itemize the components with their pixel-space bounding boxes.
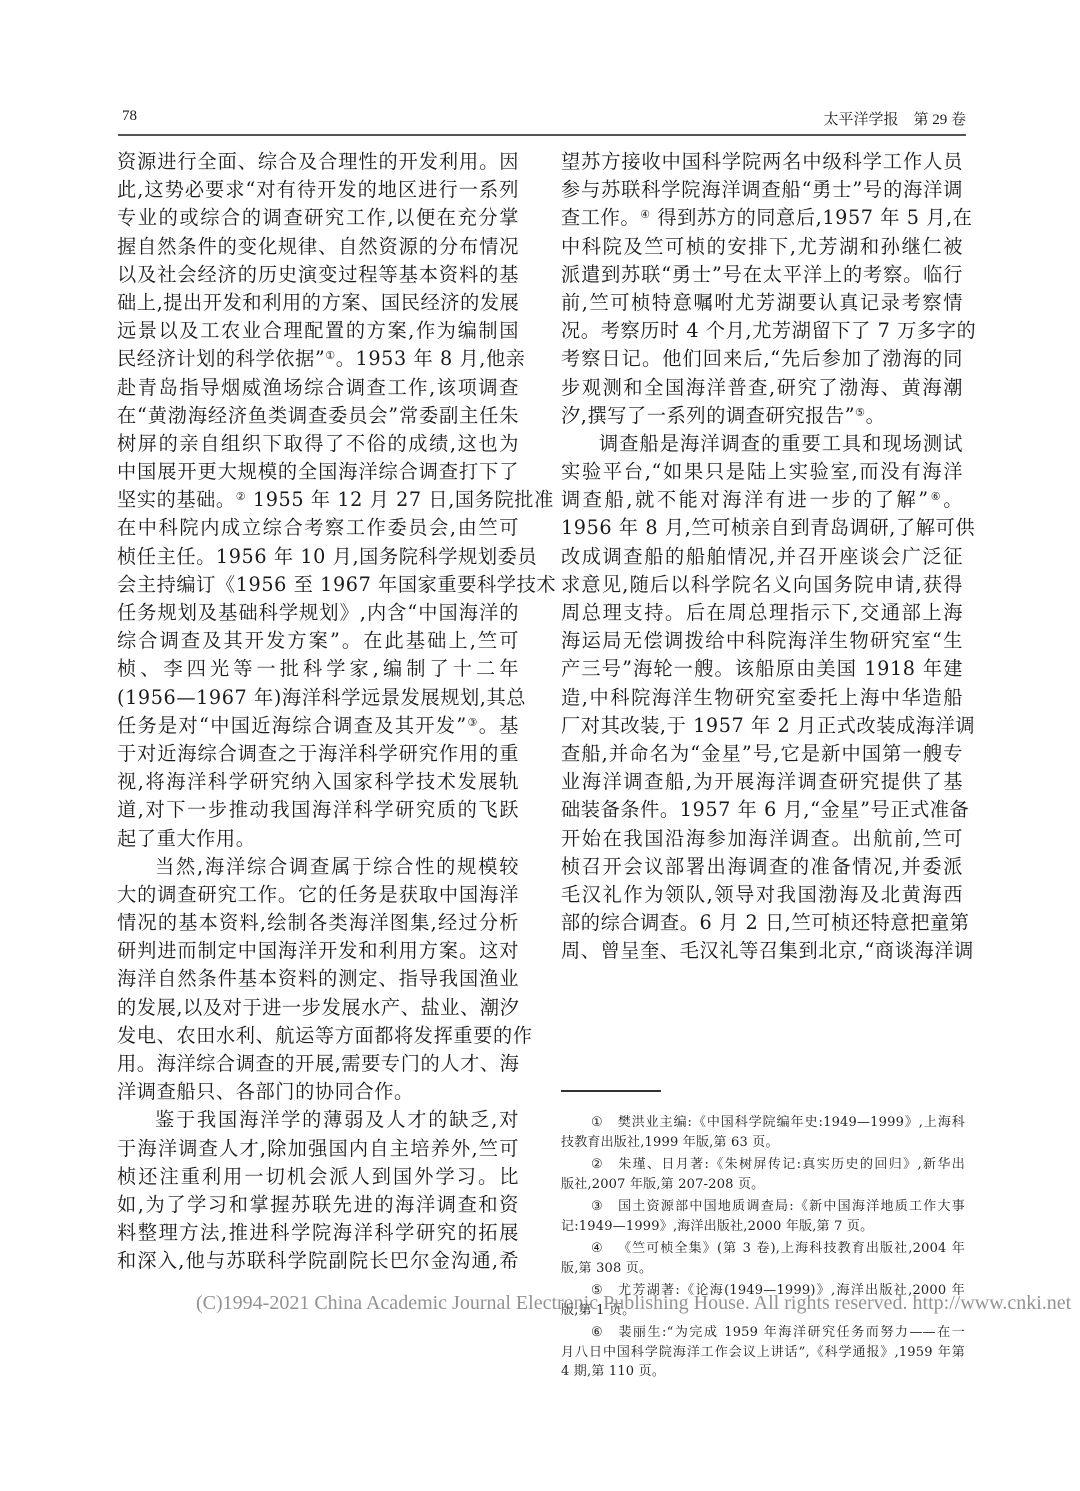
body-line: 和深入,他与苏联科学院副院长巴尔金沟通,希	[117, 1247, 519, 1275]
body-line: 民经济计划的科学依据”①。1953 年 8 月,他亲	[117, 345, 519, 373]
body-line: 海运局无偿调拨给中科院海洋生物研究室“生	[561, 627, 963, 655]
body-line: 况。考察历时 4 个月,尤芳湖留下了 7 万多字的	[561, 317, 963, 345]
body-line: 部的综合调查。6 月 2 日,竺可桢还特意把童第	[561, 909, 963, 937]
footnote-1: ①樊洪业主编:《中国科学院编年史:1949—1999》,上海科 技教育出版社,1…	[561, 1113, 965, 1152]
body-line: 于海洋调查人才,除加强国内自主培养外,竺可	[117, 1135, 519, 1163]
body-line: 毛汉礼作为领队,领导对我国渤海及北黄海西	[561, 881, 963, 909]
body-line: 产三号”海轮一艘。该船原由美国 1918 年建	[561, 655, 963, 683]
body-line: 在中科院内成立综合考察工作委员会,由竺可	[117, 514, 519, 542]
body-line: 中国展开更大规模的全国海洋综合调查打下了	[117, 458, 519, 486]
body-line: 树屏的亲自组织下取得了不俗的成绩,这也为	[117, 430, 519, 458]
footnote-ref[interactable]: ②	[236, 490, 246, 503]
body-line: 实验平台,“如果只是陆上实验室,而没有海洋	[561, 458, 963, 486]
body-line: 桢任主任。1956 年 10 月,国务院科学规划委员	[117, 543, 519, 571]
body-line: 汐,撰写了一系列的调查研究报告”⑤。	[561, 402, 963, 430]
body-line: 派遣到苏联“勇士”号在太平洋上的考察。临行	[561, 261, 963, 289]
footnote-ref[interactable]: ①	[325, 349, 335, 362]
body-line: 调查船,就不能对海洋有进一步的了解”⑥。	[561, 486, 963, 514]
body-line: 中科院及竺可桢的安排下,尤芳湖和孙继仁被	[561, 233, 963, 261]
paragraph-start-line: 鉴于我国海洋学的薄弱及人才的缺乏,对	[117, 1106, 519, 1134]
body-line: 洋调查船只、各部门的协同合作。	[117, 1078, 519, 1106]
body-line: 坚实的基础。② 1955 年 12 月 27 日,国务院批准	[117, 486, 519, 514]
body-line: 造,中科院海洋生物研究室委托上海中华造船	[561, 684, 963, 712]
body-line: 参与苏联科学院海洋调查船“勇士”号的海洋调	[561, 176, 963, 204]
footnote-ref[interactable]: ⑥	[929, 490, 943, 503]
body-line: 考察日记。他们回来后,“先后参加了渤海的同	[561, 345, 963, 373]
running-header: 78 太平洋学报 第 29 卷	[118, 108, 966, 130]
footnote-mark: ①	[591, 1113, 617, 1133]
body-line: 起了重大作用。	[117, 825, 519, 853]
body-line: 前,竺可桢特意嘱咐尤芳湖要认真记录考察情	[561, 289, 963, 317]
body-line: 大的调查研究工作。它的任务是获取中国海洋	[117, 881, 519, 909]
footnote-mark: ③	[591, 1197, 617, 1217]
body-line: 望苏方接收中国科学院两名中级科学工作人员	[561, 148, 963, 176]
body-line: 桢召开会议部署出海调查的准备情况,并委派	[561, 853, 963, 881]
body-line: 视,将海洋科学研究纳入国家科学技术发展轨	[117, 768, 519, 796]
body-line: 础装备条件。1957 年 6 月,“金星”号正式准备	[561, 796, 963, 824]
body-line: 础上,提出开发和利用的方案、国民经济的发展	[117, 289, 519, 317]
footnote-mark: ⑥	[591, 1323, 617, 1343]
footnote-6: ⑥裴丽生:“为完成 1959 年海洋研究任务而努力——在一 月八日中国科学院海洋…	[561, 1323, 965, 1382]
footnote-mark: ④	[591, 1239, 617, 1259]
body-line: 研判进而制定中国海洋开发和利用方案。这对	[117, 937, 519, 965]
body-line: 如,为了学习和掌握苏联先进的海洋调查和资	[117, 1191, 519, 1219]
left-column: 资源进行全面、综合及合理性的开发利用。因 此,这势必要求“对有待开发的地区进行一…	[117, 148, 519, 1276]
footnote-4: ④《竺可桢全集》(第 3 卷),上海科技教育出版社,2004 年 版,第 308…	[561, 1239, 965, 1278]
body-line: 会主持编订《1956 至 1967 年国家重要科学技术	[117, 571, 519, 599]
body-line: 桢、李四光等一批科学家,编制了十二年	[117, 655, 519, 683]
copyright-watermark: (C)1994-2021 China Academic Journal Elec…	[196, 1292, 1071, 1315]
footnote-ref[interactable]: ③	[467, 716, 479, 729]
right-column: 望苏方接收中国科学院两名中级科学工作人员 参与苏联科学院海洋调查船“勇士”号的海…	[561, 148, 963, 965]
journal-volume: 太平洋学报 第 29 卷	[823, 108, 966, 129]
body-line: 资源进行全面、综合及合理性的开发利用。因	[117, 148, 519, 176]
body-line: 海洋自然条件基本资料的测定、指导我国渔业	[117, 965, 519, 993]
body-line: 1956 年 8 月,竺可桢亲自到青岛调研,了解可供	[561, 514, 963, 542]
body-line: 综合调查及其开发方案”。在此基础上,竺可	[117, 627, 519, 655]
body-line: 桢还注重利用一切机会派人到国外学习。比	[117, 1163, 519, 1191]
body-line: 任务规划及基础科学规划》,内含“中国海洋的	[117, 599, 519, 627]
footnote-rule	[561, 1090, 661, 1092]
body-line: 周总理支持。后在周总理指示下,交通部上海	[561, 599, 963, 627]
body-line: 料整理方法,推进科学院海洋科学研究的拓展	[117, 1219, 519, 1247]
page-number: 78	[122, 108, 137, 125]
body-line: 周、曾呈奎、毛汉礼等召集到北京,“商谈海洋调	[561, 937, 963, 965]
body-line: 在“黄渤海经济鱼类调查委员会”常委副主任朱	[117, 402, 519, 430]
footnote-mark: ②	[591, 1155, 617, 1175]
paragraph-start-line: 调查船是海洋调查的重要工具和现场测试	[561, 430, 963, 458]
body-line: 用。海洋综合调查的开展,需要专门的人才、海	[117, 1050, 519, 1078]
footnote-2: ②朱瑾、日月著:《朱树屏传记:真实历史的回归》,新华出 版社,2007 年版,第…	[561, 1155, 965, 1194]
body-line: 远景以及工农业合理配置的方案,作为编制国	[117, 317, 519, 345]
footnote-3: ③国土资源部中国地质调查局:《新中国海洋地质工作大事 记:1949—1999》,…	[561, 1197, 965, 1236]
footnotes: ①樊洪业主编:《中国科学院编年史:1949—1999》,上海科 技教育出版社,1…	[561, 1113, 965, 1385]
body-line: 于对近海综合调查之于海洋科学研究作用的重	[117, 740, 519, 768]
body-line: 查工作。④ 得到苏方的同意后,1957 年 5 月,在	[561, 204, 963, 232]
body-line: 业海洋调查船,为开展海洋调查研究提供了基	[561, 768, 963, 796]
body-line: 赴青岛指导烟威渔场综合调查工作,该项调查	[117, 374, 519, 402]
footnote-ref[interactable]: ⑤	[855, 406, 865, 419]
body-line: 此,这势必要求“对有待开发的地区进行一系列	[117, 176, 519, 204]
body-line: 道,对下一步推动我国海洋科学研究质的飞跃	[117, 796, 519, 824]
body-line: 握自然条件的变化规律、自然资源的分布情况	[117, 233, 519, 261]
body-line: 的发展,以及对于进一步发展水产、盐业、潮汐	[117, 994, 519, 1022]
body-line: 以及社会经济的历史演变过程等基本资料的基	[117, 261, 519, 289]
body-line: 改成调查船的船舶情况,并召开座谈会广泛征	[561, 543, 963, 571]
body-line: 开始在我国沿海参加海洋调查。出航前,竺可	[561, 825, 963, 853]
body-line: 发电、农田水利、航运等方面都将发挥重要的作	[117, 1022, 519, 1050]
header-rule	[118, 134, 966, 136]
body-line: 专业的或综合的调查研究工作,以便在充分掌	[117, 204, 519, 232]
body-line: 求意见,随后以科学院名义向国务院申请,获得	[561, 571, 963, 599]
paragraph-start-line: 当然,海洋综合调查属于综合性的规模较	[117, 853, 519, 881]
body-line: 查船,并命名为“金星”号,它是新中国第一艘专	[561, 740, 963, 768]
body-line: 情况的基本资料,绘制各类海洋图集,经过分析	[117, 909, 519, 937]
body-line: 厂对其改装,于 1957 年 2 月正式改装成海洋调	[561, 712, 963, 740]
footnote-ref[interactable]: ④	[640, 208, 650, 221]
body-line: 任务是对“中国近海综合调查及其开发”③。基	[117, 712, 519, 740]
body-line: (1956—1967 年)海洋科学远景发展规划,其总	[117, 684, 519, 712]
body-line: 步观测和全国海洋普查,研究了渤海、黄海潮	[561, 374, 963, 402]
